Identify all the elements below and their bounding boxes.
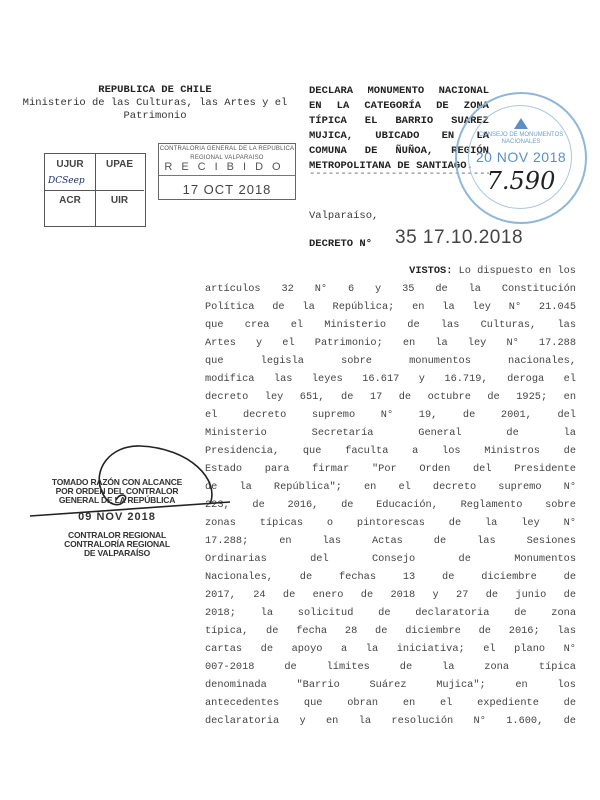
body-line: 17.288; en las Actas de las Sesiones [205, 532, 576, 550]
council-stamp-date: 20 NOV 2018 [465, 149, 577, 165]
council-handwritten-number: 7.590 [481, 167, 561, 195]
received-stamp-date: 17 OCT 2018 [159, 176, 295, 197]
body-line: Nacionales, de fechas 13 de diciembre de [205, 568, 576, 586]
republic-name: REPUBLICA DE CHILE [20, 84, 290, 97]
ministry-name-line1: Ministerio de las Culturas, las Artes y … [20, 97, 290, 110]
toma-razon-line3: GENERAL DE LA REPÚBLICA [42, 496, 192, 505]
body-line: antecedentes que obran en el expediente … [205, 694, 576, 712]
ministry-name-line2: Patrimonio [20, 110, 290, 123]
routing-cell-acr: ACR [45, 190, 96, 226]
body-line: de la República"; en el decreto supremo … [205, 478, 576, 496]
council-received-stamp: CONSEJO DE MONUMENTOS NACIONALES 20 NOV … [455, 92, 587, 224]
body-line: declaratoria y en la resolución N° 1.600… [205, 712, 576, 730]
issuer-header: REPUBLICA DE CHILE Ministerio de las Cul… [20, 84, 290, 123]
body-line: 2018; la solicitud de declaratoria de zo… [205, 604, 576, 622]
body-line: decreto ley 651, de 17 de octubre de 192… [205, 388, 576, 406]
council-logo-icon [514, 118, 528, 129]
body-line: cartas de apoyo a la iniciativa; el plan… [205, 640, 576, 658]
body-line: Ordinarias del Consejo de Monumentos [205, 550, 576, 568]
routing-cell-uir: UIR [95, 190, 144, 226]
routing-cell-upae: UPAE [95, 154, 144, 191]
received-stamp-org: CONTRALORIA GENERAL DE LA REPUBLICA [159, 144, 295, 153]
body-line: típica, de fecha 28 de diciembre de 2016… [205, 622, 576, 640]
body-line: Política de la República; en la ley N° 2… [205, 298, 576, 316]
body-line: que legisla sobre monumentos nacionales, [205, 352, 576, 370]
vistos-heading: VISTOS: [409, 265, 452, 277]
body-line: Ministerio Secretaría General de la [205, 424, 576, 442]
body-lines: artículos 32 N° 6 y 35 de la Constitució… [205, 280, 576, 730]
decree-label: DECRETO N° [309, 238, 372, 250]
body-line: zonas típicas o pintorescas de la ley N° [205, 514, 576, 532]
place: Valparaíso, [309, 210, 378, 222]
body-line: que crea el Ministerio de las Culturas, … [205, 316, 576, 334]
routing-box: UJUR UPAE ACR UIR DCSeep [44, 153, 146, 227]
body-line: Artes y el Patrimonio; en la ley N° 17.2… [205, 334, 576, 352]
title-line: DECLARA MONUMENTO NACIONAL [309, 84, 489, 99]
body-line: artículos 32 N° 6 y 35 de la Constitució… [205, 280, 576, 298]
body-line-text: Lo dispuesto en los [452, 265, 576, 277]
council-stamp-org: CONSEJO DE MONUMENTOS NACIONALES [471, 132, 571, 146]
handwritten-initials: DCSeep [48, 176, 85, 186]
body-line: 2017, 24 de enero de 2018 y 27 de junio … [205, 586, 576, 604]
toma-razon-stamp: TOMADO RAZÓN CON ALCANCE POR ORDEN DEL C… [42, 478, 192, 558]
body-line: Estado para firmar "Por Orden del Presid… [205, 460, 576, 478]
body-line: 223, de 2016, de Educación, Reglamento s… [205, 496, 576, 514]
body-line: modifica las leyes 16.617 y 16.719, dero… [205, 370, 576, 388]
body-line: denominada "Barrio Suárez Mujica"; en lo… [205, 676, 576, 694]
received-stamp-status: RECIBIDO [159, 162, 295, 176]
toma-razon-line6: DE VALPARAÍSO [42, 549, 192, 558]
decree-body: VISTOS: Lo dispuesto en los artículos 32… [205, 262, 576, 730]
body-line: Presidencia, que faculta a los Ministros… [205, 442, 576, 460]
body-line: VISTOS: Lo dispuesto en los [205, 262, 576, 280]
body-line: el decreto supremo N° 19, de 2001, del [205, 406, 576, 424]
received-stamp: CONTRALORIA GENERAL DE LA REPUBLICA REGI… [158, 143, 296, 200]
decree-number-date: 35 17.10.2018 [395, 227, 523, 249]
body-line: 007-2018 de límites de la zona típica [205, 658, 576, 676]
toma-razon-date: 09 NOV 2018 [42, 505, 192, 531]
title-line: EN LA CATEGORÍA DE ZONA [309, 99, 489, 114]
